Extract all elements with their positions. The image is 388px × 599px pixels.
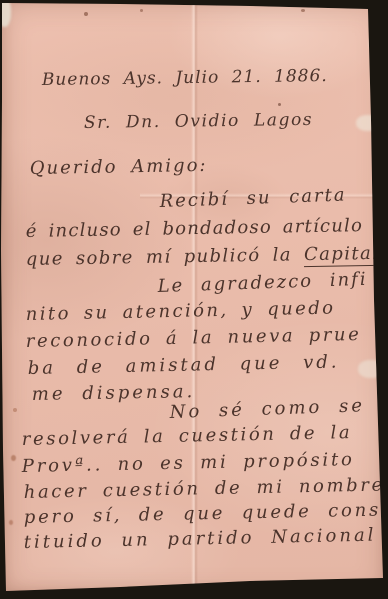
body-line: me dispensa. [32, 383, 196, 404]
letter-paper: Buenos Ays. Julio 21. 1886.Sr. Dn. Ovidi… [0, 0, 388, 599]
body-line: No sé como se [169, 397, 365, 422]
text-segment: é incluso el bondadoso artículo [26, 215, 364, 242]
text-segment: que sobre mí publicó la [26, 244, 305, 270]
body-line: que sobre mí publicó la Capital [26, 245, 380, 269]
handwriting-lines: Buenos Ays. Julio 21. 1886.Sr. Dn. Ovidi… [0, 0, 388, 599]
text-segment: Buenos Ays. Julio 21. 1886. [42, 66, 328, 90]
body-line: reconocido á la nueva prue [26, 326, 362, 351]
body-line: resolverá la cuestión de la [22, 424, 353, 449]
recipient-line: Sr. Dn. Ovidio Lagos [84, 112, 314, 132]
screenshot-root: { "photo": { "background_color": "#1a161… [0, 0, 388, 599]
text-segment: reconocido á la nueva prue [26, 324, 362, 352]
scanned-letter-photo: Buenos Ays. Julio 21. 1886.Sr. Dn. Ovidi… [0, 0, 388, 599]
text-segment: pero sí, de que quede cons [24, 500, 382, 528]
salutation-line: Querido Amigo: [30, 157, 208, 178]
paper-smudge [369, 36, 378, 51]
text-segment: Provª.. no es mi propósito [22, 449, 355, 477]
text-segment: Sr. Dn. Ovidio Lagos [84, 110, 314, 133]
body-line: nito su atención, y quedo [26, 300, 336, 324]
text-segment: Querido Amigo: [30, 155, 208, 179]
text-segment: ba de amistad que vd. [28, 351, 340, 379]
text-segment: Recibí su carta [159, 184, 347, 212]
body-line: Provª.. no es mi propósito [22, 451, 355, 476]
text-segment: resolverá la cuestión de la [22, 422, 353, 450]
body-line: pero sí, de que quede cons [24, 502, 382, 527]
body-line: Le agradezco infi [157, 271, 367, 296]
body-line: é incluso el bondadoso artículo [26, 217, 364, 241]
underlined-word: Capital [304, 243, 380, 267]
text-segment: Le agradezco infi [157, 269, 368, 297]
body-line: ba de amistad que vd. [28, 353, 340, 378]
body-line: Recibí su carta [159, 186, 346, 211]
text-segment: nito su atención, y quedo [26, 298, 336, 325]
text-segment: hacer cuestión de mi nombre [24, 474, 385, 503]
text-segment: tituido un partido Nacional [24, 525, 377, 553]
body-line: hacer cuestión de mi nombre [24, 476, 385, 502]
date-line: Buenos Ays. Julio 21. 1886. [42, 68, 328, 89]
text-segment: No sé como se [169, 395, 365, 423]
body-line: tituido un partido Nacional [24, 527, 377, 552]
text-segment: me dispensa. [32, 381, 196, 405]
